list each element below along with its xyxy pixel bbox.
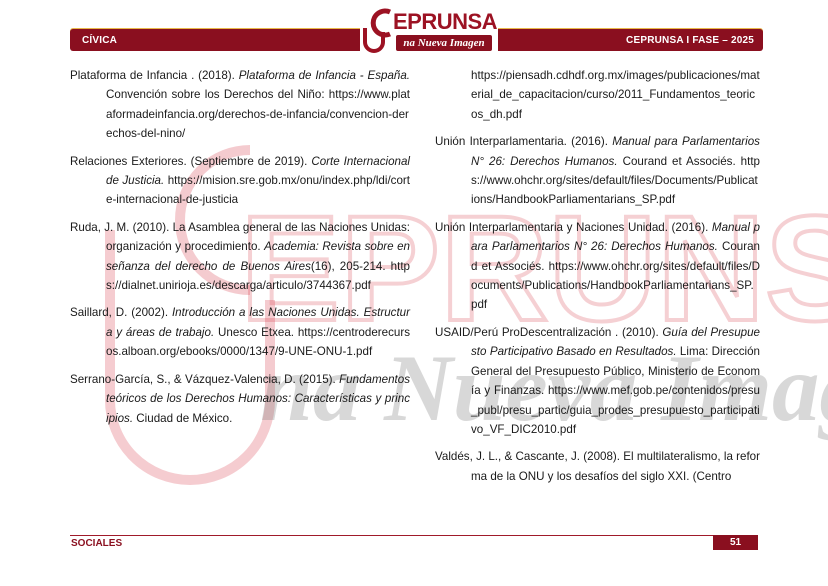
reference-text: Valdés, J. L., & Cascante, J. (2008). El…: [435, 450, 760, 482]
reference-text: Relaciones Exteriores. (Septiembre de 20…: [70, 155, 311, 168]
reference-entry: Valdés, J. L., & Cascante, J. (2008). El…: [435, 447, 760, 486]
reference-entry: USAID/Perú ProDescentralización . (2010)…: [435, 323, 760, 439]
reference-text: Serrano-García, S., & Vázquez-Valencia, …: [70, 373, 339, 386]
reference-entry: Saillard, D. (2002). Introducción a las …: [70, 303, 410, 361]
document-page: EPRUNSA na Nueva Imagen CÍVICA CEPRUNSA …: [0, 0, 828, 586]
references-right-column: https://piensadh.cdhdf.org.mx/images/pub…: [435, 66, 760, 494]
reference-entry: https://piensadh.cdhdf.org.mx/images/pub…: [435, 66, 760, 124]
reference-text: Lima: Dirección General del Presupuesto …: [471, 345, 760, 436]
ceprunsa-logo: EPRUNSA na Nueva Imagen: [360, 8, 498, 54]
reference-text: Unión Interparlamentaria y Naciones Unid…: [435, 221, 712, 234]
reference-text: Unión Interparlamentaria. (2016).: [435, 135, 612, 148]
header-edition: CEPRUNSA I FASE – 2025: [626, 35, 754, 46]
reference-text: Ciudad de México.: [133, 412, 232, 425]
logo-brand-text: EPRUNSA: [393, 9, 497, 35]
cu-monogram-icon: [360, 8, 396, 54]
reference-title: Plataforma de Infancia - España.: [239, 69, 410, 82]
page-number-badge: 51: [713, 535, 758, 550]
references-left-column: Plataforma de Infancia . (2018). Platafo…: [70, 66, 410, 436]
reference-text: Saillard, D. (2002).: [70, 306, 172, 319]
reference-entry: Unión Interparlamentaria y Naciones Unid…: [435, 218, 760, 315]
reference-entry: Serrano-García, S., & Vázquez-Valencia, …: [70, 370, 410, 428]
footer-divider: [70, 535, 758, 536]
reference-entry: Unión Interparlamentaria. (2016). Manual…: [435, 132, 760, 210]
reference-entry: Plataforma de Infancia . (2018). Platafo…: [70, 66, 410, 144]
footer-course: SOCIALES: [71, 538, 122, 549]
reference-text: Convención sobre los Derechos del Niño: …: [106, 88, 410, 140]
reference-entry: Ruda, J. M. (2010). La Asamblea general …: [70, 218, 410, 296]
reference-text: https://piensadh.cdhdf.org.mx/images/pub…: [471, 69, 760, 121]
header-subject: CÍVICA: [82, 35, 117, 46]
reference-text: USAID/Perú ProDescentralización . (2010)…: [435, 326, 662, 339]
logo-subtitle: na Nueva Imagen: [396, 35, 492, 51]
reference-entry: Relaciones Exteriores. (Septiembre de 20…: [70, 152, 410, 210]
reference-text: Plataforma de Infancia . (2018).: [70, 69, 239, 82]
